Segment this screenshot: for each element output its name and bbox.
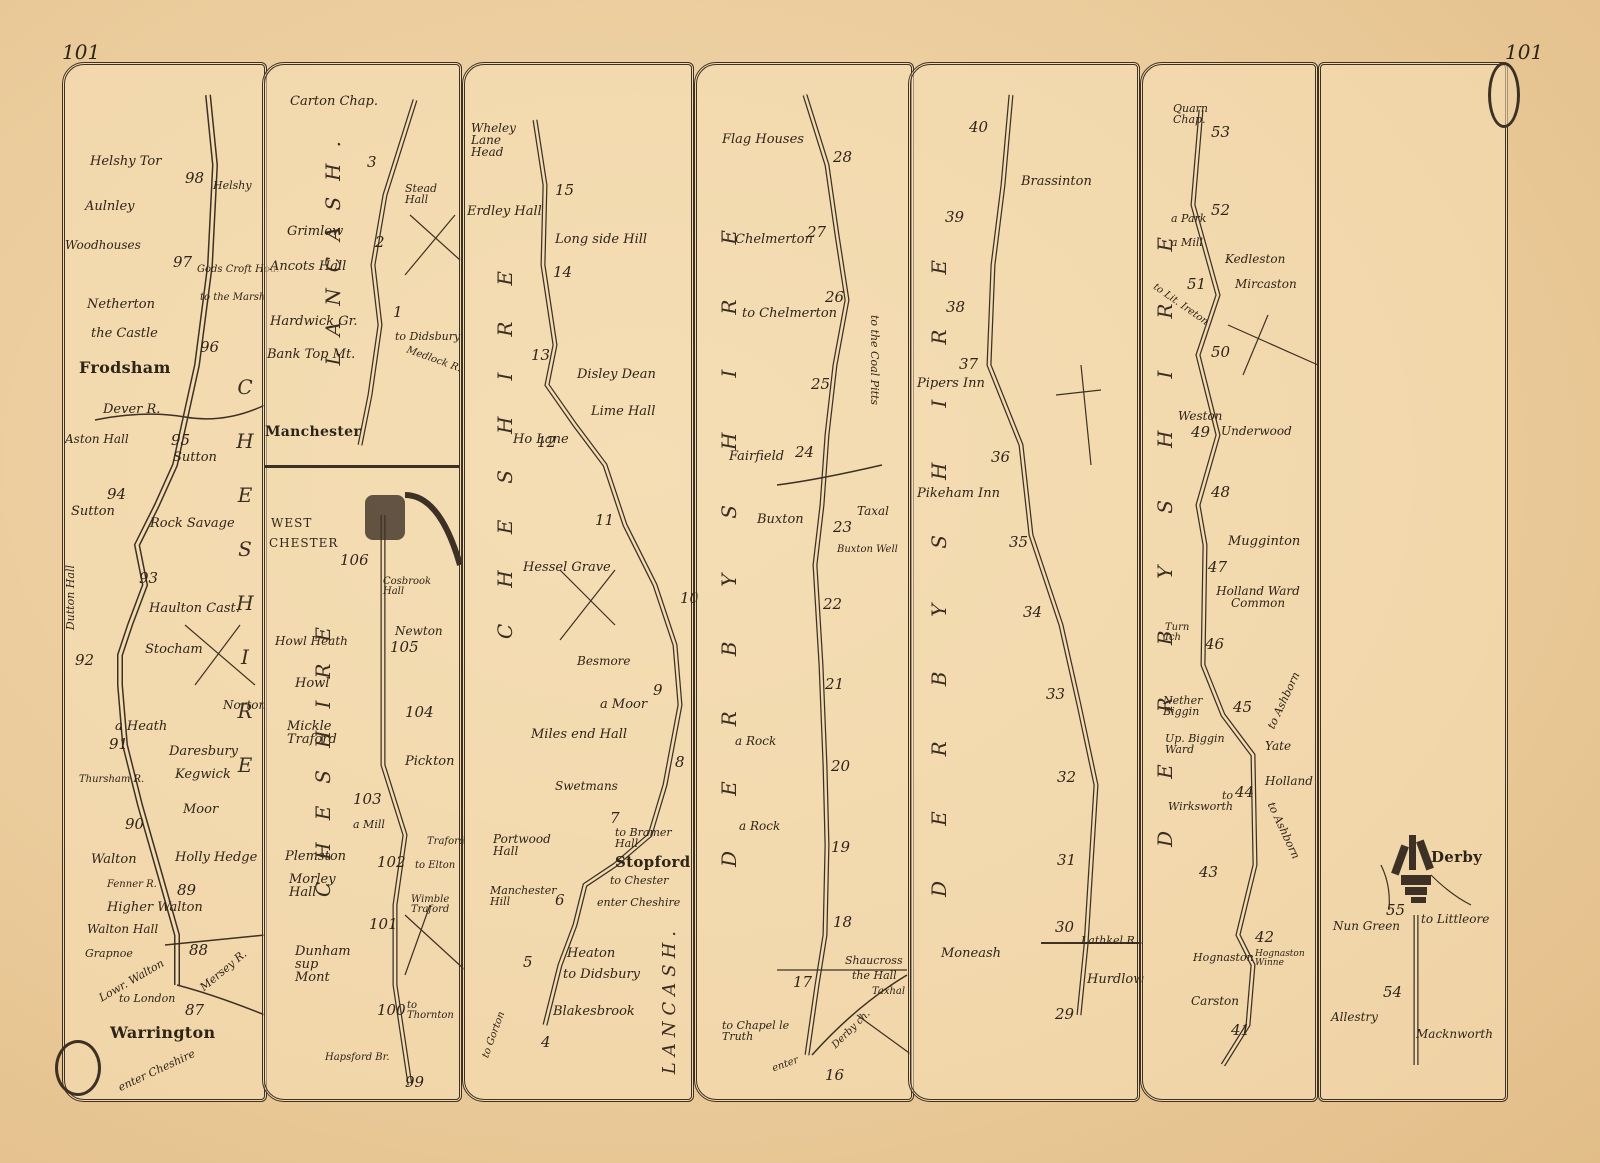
milestone-103: 103: [353, 792, 382, 807]
milestone-31: 31: [1057, 853, 1076, 868]
label-frodsham: Frodsham: [79, 360, 171, 376]
label-walton: Walton: [91, 853, 137, 866]
milestone-8: 8: [675, 755, 685, 770]
milestone-35: 35: [1009, 535, 1028, 550]
milestone-95: 95: [171, 433, 190, 448]
milestone-20: 20: [831, 759, 850, 774]
milestone-90: 90: [125, 817, 144, 832]
milestone-44: 44: [1235, 785, 1254, 800]
label-shaucross: Shaucross: [845, 955, 903, 966]
scroll-curl-left: [55, 1040, 101, 1096]
label-hurdlow: Hurdlow: [1087, 973, 1144, 986]
milestone-98: 98: [185, 171, 204, 186]
milestone-16: 16: [825, 1068, 844, 1083]
label-to-bramer-hall: to Bramer Hall: [615, 827, 685, 849]
label-taxal: Taxal: [857, 505, 889, 517]
label-stopford: Stopford: [615, 855, 691, 870]
milestone-2: 2: [375, 235, 385, 250]
label-hognaston: Hognaston: [1193, 952, 1254, 963]
label-quarn-chap: Quarn Chap.: [1173, 103, 1218, 125]
milestone-30: 30: [1055, 920, 1074, 935]
milestone-96: 96: [200, 340, 219, 355]
label-hapsford-br: Hapsford Br.: [325, 1053, 390, 1063]
label-a-rock-2: a Rock: [739, 820, 780, 832]
label-manchester: Manchester: [265, 425, 361, 439]
label-enter-cheshire-3: enter Cheshire: [597, 897, 680, 908]
milestone-105: 105: [390, 640, 419, 655]
label-yate: Yate: [1265, 740, 1291, 752]
milestone-13: 13: [531, 348, 550, 363]
label-heaton: Heaton: [567, 947, 615, 960]
label-aulnley: Aulnley: [85, 200, 135, 213]
label-aston-hall: Aston Hall: [65, 433, 129, 445]
label-weston: Weston: [1178, 410, 1222, 422]
milestone-27: 27: [807, 225, 826, 240]
label-allestry: Allestry: [1331, 1011, 1378, 1023]
milestone-23: 23: [833, 520, 852, 535]
label-higher-walton: Higher Walton: [107, 901, 203, 914]
label-portwood-hall: Portwood Hall: [493, 833, 563, 857]
strip-disley-stopford: Wheley Lane Head Erdley Hall Long side H…: [462, 62, 694, 1102]
milestone-53: 53: [1211, 125, 1230, 140]
milestone-50: 50: [1211, 345, 1230, 360]
milestone-104: 104: [405, 705, 434, 720]
label-dutton-hall: Dutton Hall: [65, 565, 76, 630]
label-a-heath: a Heath: [115, 720, 167, 733]
county-label-cheshire-2: CHESHIRE: [313, 605, 333, 897]
label-carton-chap: Carton Chap.: [290, 95, 378, 108]
label-to-chapel: to Chapel le Truth: [722, 1020, 792, 1042]
milestone-55: 55: [1386, 903, 1405, 918]
label-the-hall: the Hall: [852, 970, 897, 981]
label-to-didsbury-3: to Didsbury: [563, 968, 640, 981]
milestone-54: 54: [1383, 985, 1402, 1000]
label-holland-ward: Holland Ward Common: [1213, 585, 1303, 609]
label-macknworth: Macknworth: [1416, 1028, 1493, 1040]
milestone-47: 47: [1208, 560, 1227, 575]
page-number-left: 101: [62, 40, 100, 64]
label-disley-dean: Disley Dean: [577, 368, 656, 381]
milestone-40: 40: [969, 120, 988, 135]
milestone-18: 18: [833, 915, 852, 930]
milestone-41: 41: [1231, 1023, 1250, 1038]
label-nun-green: Nun Green: [1333, 920, 1400, 932]
county-label-lancash-3: LANCASH.: [661, 925, 679, 1074]
label-a-rock-1: a Rock: [735, 735, 776, 747]
milestone-25: 25: [811, 377, 830, 392]
label-lime-hall: Lime Hall: [591, 405, 655, 418]
county-label-lancash: LANCASH.: [323, 125, 343, 365]
milestone-34: 34: [1023, 605, 1042, 620]
strip-buxton: Flag Houses Chelmerton to Chelmerton to …: [694, 62, 914, 1102]
label-to-littleore: to Littleore: [1421, 913, 1489, 925]
milestone-14: 14: [553, 265, 572, 280]
label-to-chester: to Chester: [610, 875, 668, 886]
label-dunham: Dunham sup Mont: [295, 945, 355, 984]
panel-divider: [265, 465, 460, 468]
milestone-36: 36: [991, 450, 1010, 465]
milestone-19: 19: [831, 840, 850, 855]
milestone-9: 9: [653, 683, 663, 698]
label-helshy: Helshy: [213, 180, 252, 191]
label-thursham-r: Thursham R.: [79, 775, 144, 785]
milestone-89: 89: [177, 883, 196, 898]
milestone-29: 29: [1055, 1007, 1074, 1022]
milestone-24: 24: [795, 445, 814, 460]
label-a-moor: a Moor: [600, 698, 647, 711]
milestone-43: 43: [1199, 865, 1218, 880]
county-label-cheshire: CHESHIRE: [235, 375, 255, 807]
milestone-106: 106: [340, 553, 369, 568]
label-fenner-r: Fenner R.: [107, 880, 157, 890]
label-lathkel-r: Lathkel R.: [1081, 935, 1138, 946]
label-rock-savage: Rock Savage: [150, 517, 235, 530]
milestone-33: 33: [1046, 687, 1065, 702]
label-warrington: Warrington: [110, 1025, 215, 1041]
milestone-46: 46: [1205, 637, 1224, 652]
label-kedleston: Kedleston: [1225, 253, 1285, 265]
label-moneash: Moneash: [941, 947, 1001, 960]
label-up-biggin-ward: Up. Biggin Ward: [1165, 733, 1245, 755]
label-chester: CHESTER: [269, 537, 338, 549]
label-dever-r: Dever R.: [103, 403, 160, 416]
label-chelmerton: Chelmerton: [735, 233, 813, 246]
label-buxton-well: Buxton Well: [837, 545, 898, 555]
label-to-coal-pitts: to the Coal Pitts: [869, 315, 880, 405]
label-walton-hall: Walton Hall: [87, 923, 158, 935]
label-stead-hall: Stead Hall: [405, 183, 445, 205]
scroll-curl-right: [1488, 62, 1520, 128]
milestone-91: 91: [109, 737, 128, 752]
label-the-castle: the Castle: [91, 327, 158, 340]
milestone-99: 99: [405, 1075, 424, 1090]
milestone-32: 32: [1057, 770, 1076, 785]
label-kegwick: Kegwick: [175, 768, 231, 781]
milestone-42: 42: [1255, 930, 1274, 945]
milestone-102: 102: [377, 855, 406, 870]
county-label-derbyshire-4: DERBYSHIRE: [719, 175, 739, 867]
milestone-92: 92: [75, 653, 94, 668]
label-traford: Traford: [427, 837, 465, 847]
label-hessel-grave: Hessel Grave: [523, 561, 611, 574]
label-sutton-1: Sutton: [173, 451, 217, 464]
county-label-cheshire-3: CHESHIRE: [495, 235, 515, 639]
label-west: WEST: [271, 517, 312, 529]
milestone-28: 28: [833, 150, 852, 165]
milestone-45: 45: [1233, 700, 1252, 715]
label-to-the-marsh: to the Marsh: [200, 293, 265, 303]
milestone-1: 1: [393, 305, 403, 320]
label-derby: Derby: [1431, 850, 1482, 865]
label-haulton-cast: Haulton Cast.: [149, 602, 240, 615]
label-mugginton: Mugginton: [1228, 535, 1300, 548]
label-mircaston: Mircaston: [1235, 278, 1297, 290]
label-holly-hedge: Holly Hedge: [175, 851, 257, 864]
label-underwood: Underwood: [1221, 425, 1292, 437]
county-label-derbyshire-6: DERBYSHIRE: [1155, 185, 1175, 847]
milestone-7: 7: [610, 811, 620, 826]
label-pickton: Pickton: [405, 755, 455, 768]
label-stocham: Stocham: [145, 643, 203, 656]
page-number-right: 101: [1505, 40, 1543, 64]
label-netherton: Netherton: [87, 298, 155, 311]
milestone-49: 49: [1191, 425, 1210, 440]
milestone-97: 97: [173, 255, 192, 270]
strip-derby: Derby to Littleore Nun Green Allestry Ma…: [1318, 62, 1508, 1102]
milestone-5: 5: [523, 955, 533, 970]
milestone-6: 6: [555, 893, 565, 908]
label-brassinton: Brassinton: [1021, 175, 1092, 188]
milestone-94: 94: [107, 487, 126, 502]
milestone-100: 100: [377, 1003, 406, 1018]
label-holland: Holland: [1265, 775, 1313, 787]
label-a-mill: a Mill: [353, 819, 385, 830]
milestone-52: 52: [1211, 203, 1230, 218]
milestone-51: 51: [1187, 277, 1206, 292]
label-long-side-hill: Long side Hill: [555, 233, 647, 246]
label-swetmans: Swetmans: [555, 780, 618, 792]
milestone-87: 87: [185, 1003, 204, 1018]
milestone-21: 21: [825, 677, 844, 692]
milestone-88: 88: [189, 943, 208, 958]
label-erdley-hall: Erdley Hall: [467, 205, 542, 218]
label-taxhal: Taxhal: [872, 987, 905, 997]
label-to-elton: to Elton: [415, 861, 455, 871]
label-grapnoe: Grapnoe: [85, 948, 133, 959]
label-manchester-hill: Manchester Hill: [490, 885, 560, 907]
milestone-3: 3: [367, 155, 377, 170]
label-hognaston-winne: Hognaston Winne: [1255, 950, 1315, 968]
label-daresbury: Daresbury: [169, 745, 238, 758]
label-to-london: to London: [119, 993, 175, 1004]
label-sutton-2: Sutton: [71, 505, 115, 518]
county-label-derbyshire-5: DERBYSHIRE: [929, 205, 949, 897]
label-buxton: Buxton: [757, 513, 804, 526]
label-to-chelmerton: to Chelmerton: [742, 307, 837, 320]
strip-frodsham-warrington: Helshy Tor Helshy Aulnley Woodhouses God…: [62, 62, 267, 1102]
label-miles-end-hall: Miles end Hall: [531, 728, 627, 741]
milestone-26: 26: [825, 290, 844, 305]
label-to-didsbury: to Didsbury: [395, 331, 460, 342]
label-carston: Carston: [1191, 995, 1239, 1007]
milestone-15: 15: [555, 183, 574, 198]
label-woodhouses: Woodhouses: [65, 239, 141, 251]
milestone-37: 37: [959, 357, 978, 372]
label-blakesbrook: Blakesbrook: [553, 1005, 635, 1018]
strip-brassinton: Brassinton Pipers Inn Pikeham Inn Moneas…: [908, 62, 1140, 1102]
label-flag-houses: Flag Houses: [722, 133, 804, 146]
milestone-101: 101: [369, 917, 398, 932]
label-to-thornton: to Thornton: [407, 1001, 457, 1021]
label-besmore: Besmore: [577, 655, 631, 667]
label-moor: Moor: [183, 803, 218, 816]
milestone-93: 93: [139, 571, 158, 586]
label-wimble-traford: Wimble Traford: [411, 895, 461, 915]
label-cosbrook-hall: Cosbrook Hall: [383, 577, 433, 597]
milestone-48: 48: [1211, 485, 1230, 500]
milestone-12: 12: [537, 435, 556, 450]
label-helshy-tor: Helshy Tor: [90, 155, 161, 168]
label-wheley-lane-head: Wheley Lane Head: [471, 122, 526, 158]
derby-town-icon: [1391, 835, 1434, 903]
milestone-4: 4: [541, 1035, 551, 1050]
strip-kedleston: Quarn Chap. a Park a Mill Kedleston Mirc…: [1140, 62, 1318, 1102]
milestone-11: 11: [595, 513, 614, 528]
label-newton: Newton: [395, 625, 443, 637]
milestone-17: 17: [793, 975, 812, 990]
road-path: [1321, 65, 1511, 1105]
milestone-22: 22: [823, 597, 842, 612]
strip-manchester-chester: Carton Chap. Stead Hall Grimlow Ancots H…: [262, 62, 462, 1102]
